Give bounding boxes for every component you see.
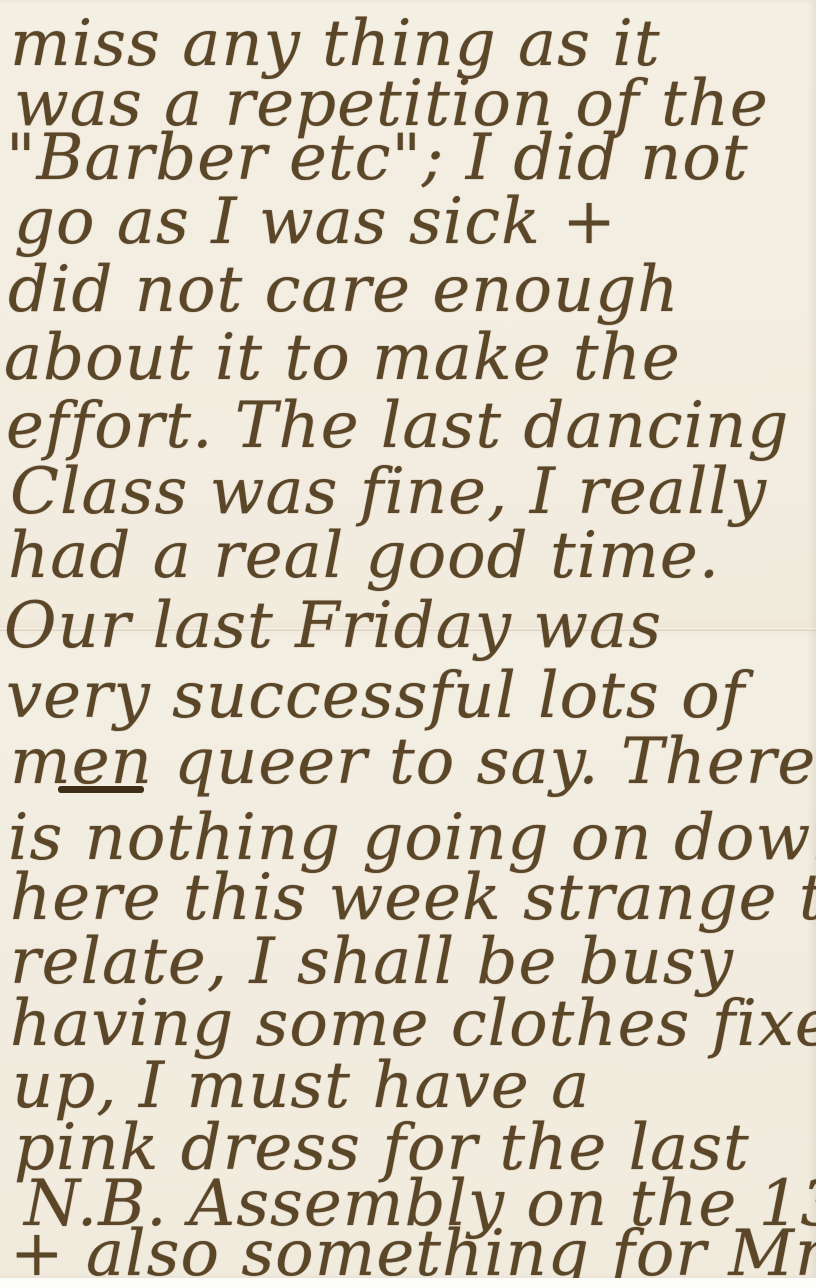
letter-page: miss any thing as it was a repetition of…	[0, 0, 816, 1278]
letter-line-9: had a real good time.	[8, 524, 816, 588]
letter-line-14: here this week strange to	[10, 866, 816, 930]
letter-line-7: effort. The last dancing	[6, 394, 816, 458]
letter-line-20: + also something for Mrs	[10, 1222, 816, 1286]
letter-line-12: men queer to say. There	[10, 730, 816, 794]
letter-line-11: very successful lots of	[6, 664, 816, 728]
letter-line-16: having some clothes fixed	[10, 992, 816, 1056]
letter-line-8: Class was fine, I really	[10, 460, 816, 524]
letter-line-5: did not care enough	[8, 258, 816, 322]
letter-line-4: go as I was sick +	[14, 190, 816, 254]
underline-men	[58, 786, 144, 793]
letter-line-6: about it to make the	[4, 326, 816, 390]
letter-line-17: up, I must have a	[12, 1054, 816, 1118]
scan-background-strip	[0, 1278, 816, 1288]
letter-line-3: "Barber etc"; I did not	[6, 126, 816, 190]
letter-line-10: Our last Friday was	[4, 594, 816, 658]
letter-line-15: relate, I shall be busy	[10, 930, 816, 994]
